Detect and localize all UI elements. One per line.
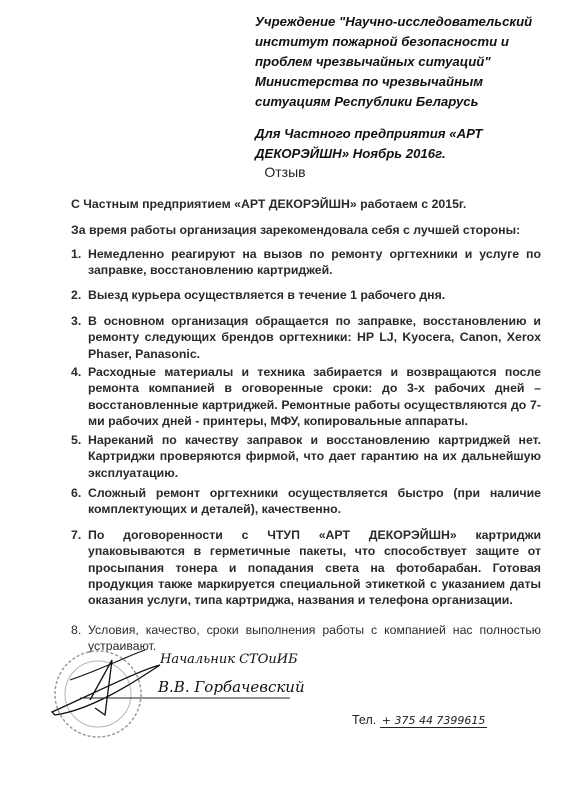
header-for-line: Для Частного предприятия «АРТ <box>255 124 565 144</box>
header-line: Учреждение "Научно-исследовательский <box>255 12 565 32</box>
signer-name: В.В. Горбачевский <box>158 678 305 696</box>
list-item: 6. Сложный ремонт оргтехники осуществляе… <box>71 485 541 518</box>
list-item-number: 6. <box>71 485 88 518</box>
list-item-number: 3. <box>71 313 88 362</box>
intro-paragraph: За время работы организация зарекомендов… <box>71 222 541 238</box>
list-item: 5. Нареканий по качеству заправок и восс… <box>71 432 541 481</box>
list-item-number: 1. <box>71 246 88 279</box>
list-item-number: 7. <box>71 527 88 608</box>
header-line: ситуациям Республики Беларусь <box>255 92 565 112</box>
list-item-text: Расходные материалы и техника забирается… <box>88 364 541 429</box>
signature-block: Начальник СТОиИБ В.В. Горбачевский <box>50 640 370 790</box>
header-line: Министерства по чрезвычайным <box>255 72 565 92</box>
list-item-number: 2. <box>71 287 88 303</box>
list-item-text: Немедленно реагируют на вызов по ремонту… <box>88 246 541 279</box>
list-item: 1. Немедленно реагируют на вызов по ремо… <box>71 246 541 279</box>
list-item-number: 5. <box>71 432 88 481</box>
list-item: 4. Расходные материалы и техника забирае… <box>71 364 541 429</box>
phone-label: Тел. <box>352 713 376 727</box>
list-item: 7. По договоренности с ЧТУП «АРТ ДЕКОРЭЙ… <box>71 527 541 608</box>
header-line: институт пожарной безопасности и <box>255 32 565 52</box>
intro-paragraph: С Частным предприятием «АРТ ДЕКОРЭЙШН» р… <box>71 196 541 212</box>
list-item-text: По договоренности с ЧТУП «АРТ ДЕКОРЭЙШН»… <box>88 527 541 608</box>
header-line: проблем чрезвычайных ситуаций" <box>255 52 565 72</box>
recipient-header: Учреждение "Научно-исследовательский инс… <box>255 12 565 164</box>
header-for-line: ДЕКОРЭЙШН» Ноябрь 2016г. <box>255 144 565 164</box>
list-item-text: В основном организация обращается по зап… <box>88 313 541 362</box>
list-item-number: 4. <box>71 364 88 429</box>
phone-line: Тел. + 375 44 7399615 <box>352 713 487 727</box>
list-item: 2. Выезд курьера осуществляется в течени… <box>71 287 541 303</box>
list-item-text: Нареканий по качеству заправок и восстан… <box>88 432 541 481</box>
document-title: Отзыв <box>0 164 570 180</box>
phone-value: + 375 44 7399615 <box>380 714 488 728</box>
list-item: 3. В основном организация обращается по … <box>71 313 541 362</box>
list-item-text: Выезд курьера осуществляется в течение 1… <box>88 287 541 303</box>
signer-position: Начальник СТОиИБ <box>160 652 298 667</box>
list-item-text: Сложный ремонт оргтехники осуществляется… <box>88 485 541 518</box>
